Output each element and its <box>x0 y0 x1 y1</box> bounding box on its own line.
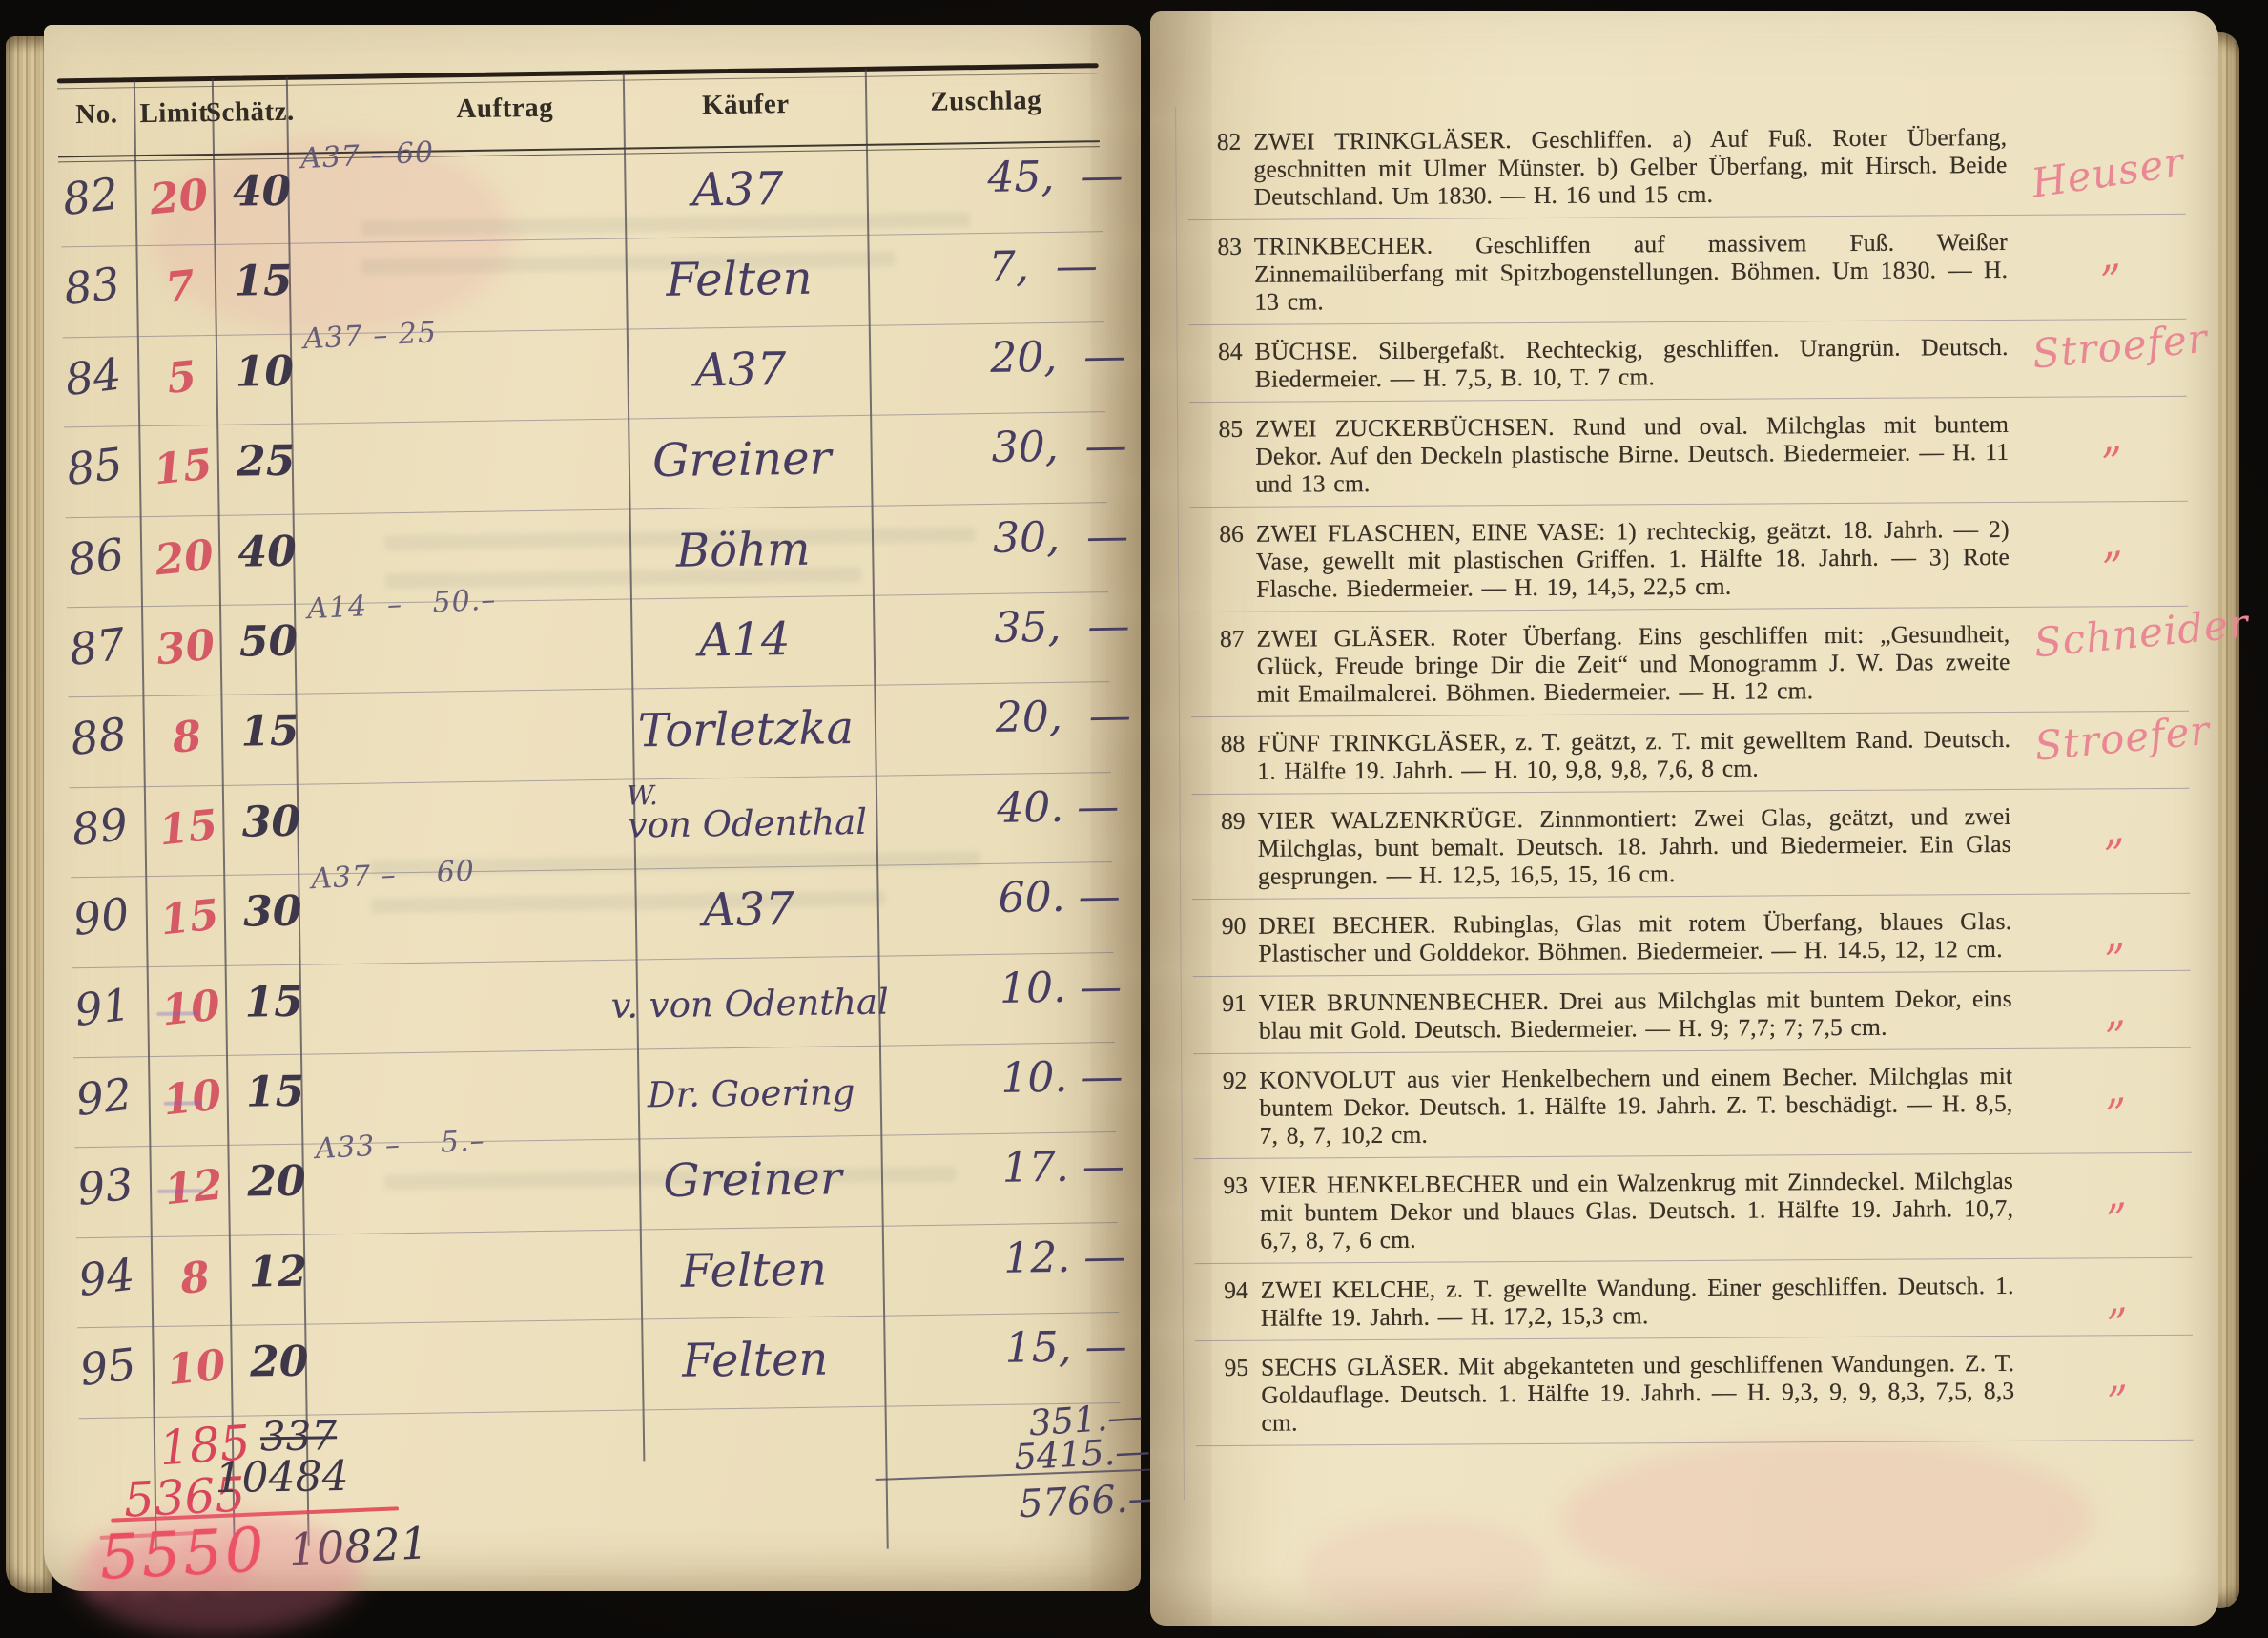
lot-description: DREI BECHER. Rubinglas, Glas mit rotem Ü… <box>1258 907 2011 967</box>
table-row: 851525Greiner30, — <box>49 412 1120 518</box>
catalog-lots: 82ZWEI TRINKGLÄSER. Geschliffen. a) Auf … <box>1187 122 2194 1459</box>
row-no: 88 <box>68 708 130 766</box>
row-zuschlag: 10. — <box>1000 1052 1124 1103</box>
ledger-page-left: No. Limit Schätz. Auftrag Käufer Zuschla… <box>44 25 1141 1591</box>
column-header-schaetz: Schätz. <box>189 95 312 139</box>
row-schaetz: 15 <box>196 257 332 307</box>
row-kaeufer: Greiner <box>468 429 1015 490</box>
margin-annotation: Schneider <box>2032 600 2251 667</box>
row-no: 89 <box>69 798 131 856</box>
row-zuschlag: 45, — <box>987 152 1124 202</box>
pink-bleed-smudge <box>1559 1437 2094 1602</box>
lot-description: TRINKBECHER. Geschliffen auf massivem Fu… <box>1254 228 2009 316</box>
pencil-dash <box>157 1189 203 1193</box>
pencil-dash <box>164 1101 202 1106</box>
lot-description: ZWEI GLÄSER. Roter Überfang. Eins geschl… <box>1256 620 2010 708</box>
table-row: 951020Felten15, — <box>62 1313 1133 1419</box>
row-kaeufer: A37 <box>475 880 1021 941</box>
lot-description: ZWEI TRINKGLÄSER. Geschliffen. a) Auf Fu… <box>1253 123 2008 211</box>
lot-number: 89 <box>1192 807 1259 890</box>
catalog-lot: 95SECHS GLÄSER. Mit abgekanteten und ges… <box>1195 1348 2194 1446</box>
catalog-lot: 85ZWEI ZUCKERBÜCHSEN. Rund und oval. Mil… <box>1189 409 2188 508</box>
lot-description: FÜNF TRINKGLÄSER, z. T. geätzt, z. T. mi… <box>1257 725 2010 785</box>
lot-description: VIER HENKELBECHER und ein Walzenkrug mit… <box>1260 1167 2014 1254</box>
catalog-page-right: 82ZWEI TRINKGLÄSER. Geschliffen. a) Auf … <box>1150 11 2218 1626</box>
margin-rule <box>1175 107 1185 1500</box>
row-no: 85 <box>64 438 126 496</box>
ledger-rows: 822040A37 – 60A3745, —83715Felten7, —845… <box>45 142 1134 1421</box>
lot-number: 82 <box>1187 128 1254 211</box>
row-zuschlag: 30, — <box>991 422 1127 472</box>
lot-description: ZWEI ZUCKERBÜCHSEN. Rund und oval. Milch… <box>1255 410 2010 498</box>
row-kaeufer: Felten <box>482 1330 1028 1391</box>
table-row: 822040A37 – 60A3745, — <box>45 142 1116 248</box>
pencil-dash <box>156 1011 198 1016</box>
row-no: 90 <box>71 888 133 946</box>
lot-description: ZWEI KELCHE, z. T. gewellte Wandung. Ein… <box>1261 1272 2014 1332</box>
table-row: 88815Torletzka20, — <box>52 682 1124 788</box>
catalog-lot: 90DREI BECHER. Rubinglas, Glas mit rotem… <box>1192 906 2190 977</box>
table-row: 873050A14 – 50.–A1435, — <box>52 592 1123 698</box>
lot-number: 83 <box>1188 233 1255 316</box>
pink-bleed-smudge-small <box>1302 1517 1551 1624</box>
row-no: 93 <box>74 1158 136 1216</box>
row-zuschlag: 20, — <box>995 692 1131 742</box>
zuschlag-grand-total: 5766.— <box>1018 1476 1167 1527</box>
ledger-page-content: No. Limit Schätz. Auftrag Käufer Zuschla… <box>43 10 1163 1592</box>
lot-number: 87 <box>1190 625 1257 708</box>
lot-number: 91 <box>1193 989 1259 1045</box>
row-kaeufer: Böhm <box>470 519 1017 580</box>
row-schaetz: 15 <box>207 1067 343 1117</box>
row-schaetz: 40 <box>199 527 336 577</box>
table-row: 94812Felten12. — <box>61 1223 1132 1329</box>
table-row: 931220A33 – 5.–Greiner17. — <box>59 1132 1130 1238</box>
auction-ledger-photo: No. Limit Schätz. Auftrag Käufer Zuschla… <box>0 0 2268 1638</box>
row-no: 82 <box>60 168 122 226</box>
row-schaetz: 25 <box>197 436 334 487</box>
lot-description: VIER BRUNNENBECHER. Drei aus Milchglas m… <box>1259 985 2012 1045</box>
row-kaeufer: A37 <box>464 159 1011 220</box>
row-zuschlag: 20, — <box>990 332 1126 383</box>
lot-description: SECHS GLÄSER. Mit abgekanteten und gesch… <box>1261 1349 2015 1437</box>
row-zuschlag: 17. — <box>1001 1142 1124 1192</box>
row-zuschlag: 15, — <box>1004 1322 1127 1373</box>
row-schaetz: 15 <box>206 977 342 1027</box>
table-row: 901530A37 – 60A3760. — <box>55 862 1126 968</box>
row-zuschlag: 10. — <box>1000 963 1123 1013</box>
row-schaetz: 30 <box>203 797 340 847</box>
lot-number: 92 <box>1193 1067 1260 1150</box>
row-no: 92 <box>73 1068 135 1126</box>
row-schaetz: 20 <box>211 1337 347 1387</box>
column-header-zuschlag: Zuschlag <box>902 85 1070 130</box>
lot-number: 90 <box>1192 912 1258 967</box>
table-row: 911015v. von Odenthal10. — <box>57 952 1128 1058</box>
catalog-lot: 94ZWEI KELCHE, z. T. gewellte Wandung. E… <box>1195 1271 2193 1341</box>
lot-number: 86 <box>1190 520 1257 603</box>
row-kaeufer: Torletzka <box>473 699 1020 760</box>
catalog-lot: 91VIER BRUNNENBECHER. Drei aus Milchglas… <box>1193 984 2191 1054</box>
catalog-page-content: 82ZWEI TRINKGLÄSER. Geschliffen. a) Auf … <box>1149 6 2227 1627</box>
row-schaetz: 15 <box>202 706 339 757</box>
row-no: 84 <box>62 347 124 405</box>
catalog-lot: 89VIER WALZENKRÜGE. Zinnmontiert: Zwei G… <box>1192 801 2191 900</box>
row-zuschlag: 12. — <box>1003 1233 1126 1283</box>
lot-description: VIER WALZENKRÜGE. Zinnmontiert: Zwei Gla… <box>1258 802 2012 890</box>
lot-number: 84 <box>1189 338 1255 393</box>
row-kaeufer: von Odenthal <box>474 798 1021 847</box>
row-kaeufer: A14 <box>471 610 1018 671</box>
row-kaeufer: A37 <box>467 339 1014 400</box>
catalog-lot: 93VIER HENKELBECHER und ein Walzenkrug m… <box>1194 1166 2193 1264</box>
schaetz-carryover: 10484 <box>215 1452 349 1503</box>
row-no: 95 <box>77 1338 139 1397</box>
row-kaeufer: v. von Odenthal <box>477 979 1023 1027</box>
row-kaeufer: Felten <box>466 249 1013 310</box>
row-schaetz: 12 <box>210 1247 346 1297</box>
row-zuschlag: 35, — <box>994 602 1130 653</box>
row-no: 91 <box>72 978 134 1036</box>
row-no: 87 <box>67 618 129 676</box>
lot-description: BÜCHSE. Silbergefaßt. Rechteckig, geschl… <box>1255 333 2009 393</box>
lot-number: 85 <box>1189 415 1256 498</box>
lot-description: ZWEI FLASCHEN, EINE VASE: 1) rechteckig,… <box>1256 515 2010 603</box>
row-kaeufer: Dr. Goering <box>478 1068 1024 1117</box>
row-zuschlag: 60. — <box>998 872 1121 923</box>
lot-number: 88 <box>1191 730 1257 785</box>
catalog-lot: 92KONVOLUT aus vier Henkelbechern und ei… <box>1193 1061 2192 1159</box>
catalog-lot: 86ZWEI FLASCHEN, EINE VASE: 1) rechtecki… <box>1190 514 2189 612</box>
row-no: 94 <box>75 1248 137 1306</box>
lot-number: 93 <box>1194 1171 1261 1254</box>
lot-number: 95 <box>1195 1354 1262 1437</box>
row-zuschlag: 7, — <box>988 242 1098 293</box>
lot-number: 94 <box>1195 1276 1261 1332</box>
row-no: 83 <box>61 258 123 316</box>
catalog-lot: 83TRINKBECHER. Geschliffen auf massivem … <box>1188 227 2187 325</box>
table-row: 84510A37 – 25A3720, — <box>48 322 1119 428</box>
row-kaeufer: Felten <box>481 1239 1027 1300</box>
row-kaeufer: Greiner <box>480 1150 1026 1211</box>
row-no: 86 <box>65 528 127 586</box>
lot-description: KONVOLUT aus vier Henkelbechern und eine… <box>1259 1062 2013 1150</box>
row-zuschlag: 40. — <box>997 782 1120 833</box>
row-zuschlag: 30, — <box>993 511 1129 562</box>
